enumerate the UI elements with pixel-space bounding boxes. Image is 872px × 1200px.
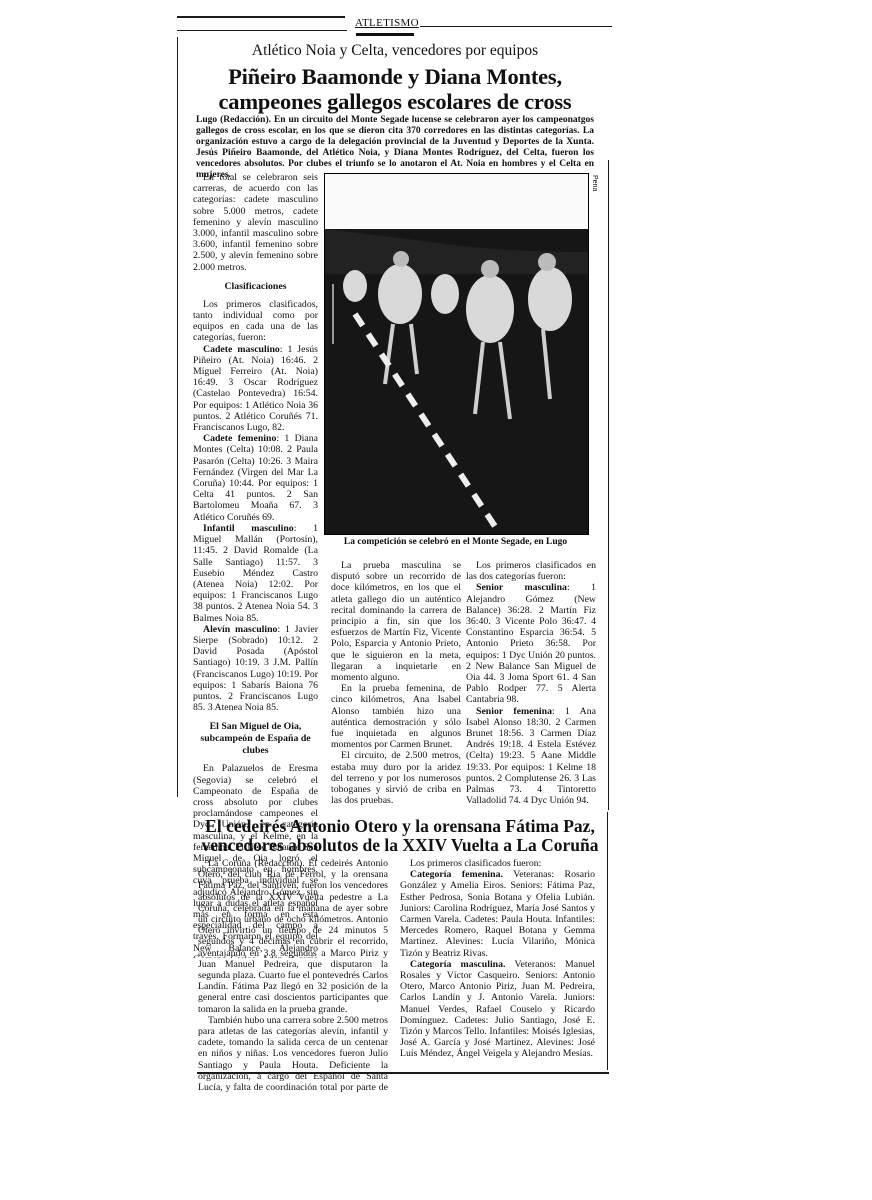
- headline2-line-1: El cedeirés Antonio Otero y la orensana …: [190, 817, 610, 836]
- newspaper-page: ATLETISMO Atlético Noia y Celta, vencedo…: [0, 0, 872, 1200]
- article1-column-2: La prueba masculina se disputó sobre un …: [331, 560, 461, 806]
- headline-line-2: campeones gallegos escolares de cross: [180, 89, 610, 114]
- oia-paragraph-3: En la prueba femenina, de cinco kilómetr…: [331, 683, 461, 750]
- article1-kicker: Atlético Noia y Celta, vencedores por eq…: [180, 42, 610, 60]
- article2-paragraph-2: También hubo una carrera sobre 2.500 met…: [198, 1015, 388, 1093]
- intro-paragraph: En total se celebraron seis carreras, de…: [193, 172, 318, 273]
- frame-right: [608, 160, 609, 810]
- article2-paragraph-3: Los primeros clasificados fueron:: [400, 858, 595, 869]
- header-rule-left: [177, 30, 347, 31]
- clasif-intro: Los primeros clasificados, tanto individ…: [193, 299, 318, 344]
- headline2-line-2: vencedores absolutos de la XXIV Vuelta a…: [190, 836, 610, 855]
- article2-column-1: La Coruña (Redacción). El cedeirés Anton…: [198, 858, 388, 1093]
- article2-headline: El cedeirés Antonio Otero y la orensana …: [190, 817, 610, 855]
- oia-paragraph-5: Los primeros clasificados en las dos cat…: [466, 560, 596, 582]
- result-senior-masc: Senior masculina: 1 Alejandro Gómez (New…: [466, 582, 596, 705]
- result-cadete-fem: Cadete femenino: 1 Diana Montes (Celta) …: [193, 433, 318, 523]
- frame-left: [177, 37, 178, 797]
- section-underline: [356, 33, 414, 36]
- article2-column-2: Los primeros clasificados fueron: Catego…: [400, 858, 595, 1060]
- result-senior-fem: Senior femenina: 1 Ana Isabel Alonso 18:…: [466, 706, 596, 807]
- result-cadete-masc: Cadete masculino: 1 Jesús Piñeiro (At. N…: [193, 344, 318, 434]
- oia-paragraph-4: El circuito, de 2.500 metros, estaba muy…: [331, 750, 461, 806]
- race-photo: [324, 173, 589, 535]
- top-rule: [177, 16, 345, 18]
- subhead-oia: El San Miguel de Oia, subcampeón de Espa…: [193, 721, 318, 757]
- oia-paragraph-2: La prueba masculina se disputó sobre un …: [331, 560, 461, 683]
- article2-femenina: Categoría femenina. Veteranas: Rosario G…: [400, 869, 595, 959]
- photo-caption: La competición se celebró en el Monte Se…: [324, 537, 587, 547]
- article2-masculina: Categoría masculina. Veteranos: Manuel R…: [400, 959, 595, 1060]
- article2-paragraph-1: La Coruña (Redacción). El cedeirés Anton…: [198, 858, 388, 1015]
- header-rule-right: [420, 26, 612, 27]
- article1-column-3: Los primeros clasificados en las dos cat…: [466, 560, 596, 806]
- result-infantil-masc: Infantil masculino: 1 Miguel Mallán (Por…: [193, 523, 318, 624]
- bottom-rule: [197, 1072, 609, 1074]
- section-label: ATLETISMO: [355, 17, 419, 29]
- headline-line-1: Piñeiro Baamonde y Diana Montes,: [180, 64, 610, 89]
- subhead-clasificaciones: Clasificaciones: [193, 281, 318, 293]
- result-alevin-masc: Alevín masculino: 1 Javier Sierpe (Sobra…: [193, 624, 318, 714]
- article1-headline: Piñeiro Baamonde y Diana Montes, campeon…: [180, 64, 610, 114]
- photo-credit: Pena: [591, 175, 598, 191]
